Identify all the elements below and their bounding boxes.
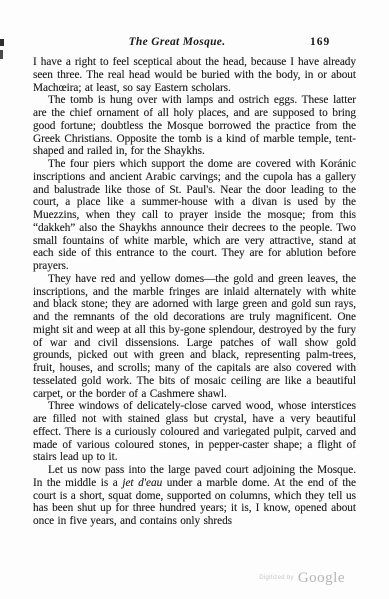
paragraph: Let us now pass into the large paved cou… [33, 464, 356, 528]
italic-phrase: jet d'eau [122, 477, 162, 489]
paragraph-text: The tomb is hung over with lamps and ost… [33, 94, 356, 157]
page-body: I have a right to feel sceptical about t… [33, 56, 356, 528]
watermark: Digitized byGoogle [0, 569, 345, 587]
paragraph-text: They have red and yellow domes—the gold … [33, 273, 356, 400]
digitized-by-label: Digitized by [259, 575, 294, 581]
paragraph-text: I have a right to feel sceptical about t… [33, 56, 356, 94]
paragraph: They have red and yellow domes—the gold … [33, 273, 356, 401]
paragraph: The four piers which support the dome ar… [33, 158, 356, 273]
page-header: The Great Mosque. 169 [0, 36, 389, 52]
paragraph-text: Three windows of delicately-close carved… [33, 400, 356, 463]
google-logo: Google [298, 570, 345, 586]
paragraph: I have a right to feel sceptical about t… [33, 56, 356, 94]
paragraph: The tomb is hung over with lamps and ost… [33, 94, 356, 158]
paragraph-text: The four piers which support the dome ar… [33, 158, 356, 272]
paragraph: Three windows of delicately-close carved… [33, 400, 356, 464]
running-title: The Great Mosque. [0, 36, 354, 48]
book-page: The Great Mosque. 169 I have a right to … [0, 0, 389, 599]
page-number: 169 [310, 36, 330, 48]
